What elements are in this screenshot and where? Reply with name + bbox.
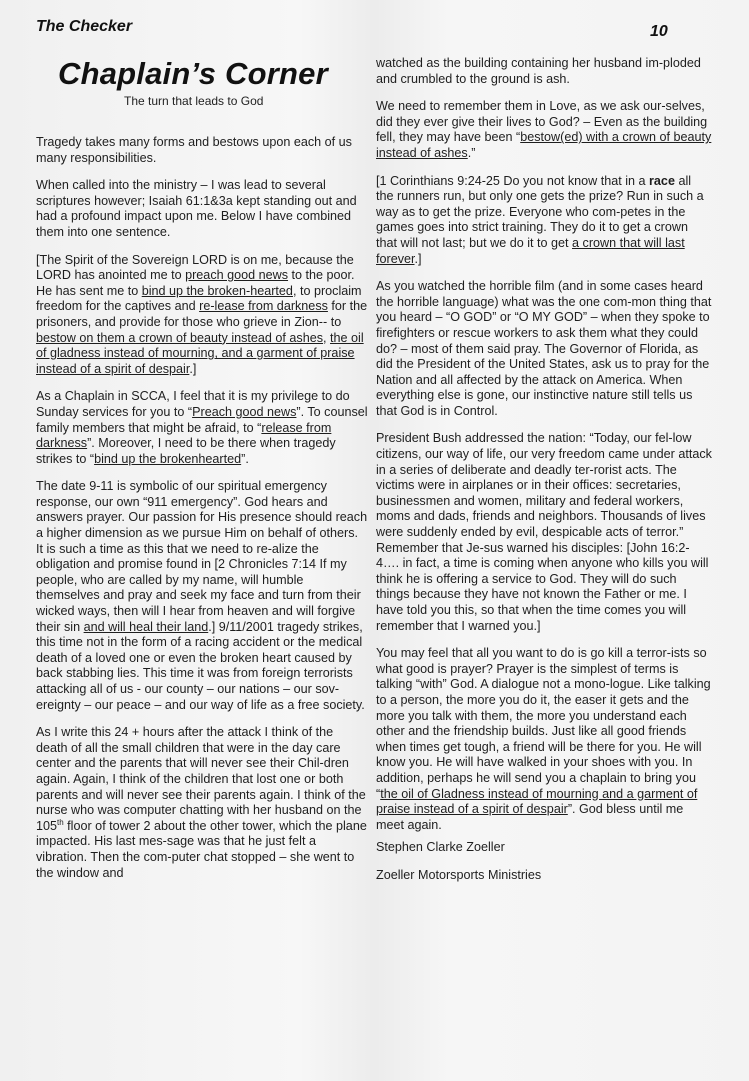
- paragraph: You may feel that all you want to do is …: [376, 646, 712, 833]
- right-column: watched as the building containing her h…: [376, 56, 712, 845]
- text-run: Tragedy takes many forms and bestows upo…: [36, 135, 352, 165]
- paragraph: The date 9-11 is symbolic of our spiritu…: [36, 479, 368, 713]
- text-run: As I write this 24 + hours after the att…: [36, 725, 366, 833]
- paragraph: We need to remember them in Love, as we …: [376, 99, 712, 161]
- text-run: When called into the ministry – I was le…: [36, 178, 357, 239]
- text-run: As you watched the horrible film (and in…: [376, 279, 711, 418]
- underlined-scripture: bind up the brokenhearted: [94, 452, 241, 466]
- publication-name: The Checker: [36, 18, 132, 36]
- paragraph: As you watched the horrible film (and in…: [376, 279, 712, 419]
- text-run: President Bush addressed the nation: “To…: [376, 431, 712, 632]
- underlined-scripture: and will heal their land: [84, 620, 209, 634]
- underlined-scripture: re-lease from darkness: [199, 299, 328, 313]
- text-run: .”: [468, 146, 476, 160]
- text-run: .]: [189, 362, 196, 376]
- newsletter-page: The Checker 10 Chaplain’s Corner The tur…: [0, 0, 749, 1081]
- paragraph: As a Chaplain in SCCA, I feel that it is…: [36, 389, 368, 467]
- signature-organization: Zoeller Motorsports Ministries: [376, 868, 712, 884]
- underlined-scripture: bind up the broken-hearted: [142, 284, 293, 298]
- article-title: Chaplain’s Corner: [58, 56, 328, 92]
- bold-text: race: [649, 174, 675, 188]
- paragraph: [The Spirit of the Sovereign LORD is on …: [36, 253, 368, 378]
- text-run: ”.: [241, 452, 249, 466]
- paragraph: President Bush addressed the nation: “To…: [376, 431, 712, 634]
- text-run: watched as the building containing her h…: [376, 56, 701, 86]
- paragraph: [1 Corinthians 9:24-25 Do you not know t…: [376, 174, 712, 268]
- article-subtitle: The turn that leads to God: [124, 94, 263, 108]
- underlined-scripture: preach good news: [185, 268, 288, 282]
- signature-block: Stephen Clarke Zoeller Zoeller Motorspor…: [376, 840, 712, 895]
- paragraph: Tragedy takes many forms and bestows upo…: [36, 135, 368, 166]
- paragraph: watched as the building containing her h…: [376, 56, 712, 87]
- paragraph: When called into the ministry – I was le…: [36, 178, 368, 240]
- text-run: [1 Corinthians 9:24-25 Do you not know t…: [376, 174, 649, 188]
- text-run: The date 9-11 is symbolic of our spiritu…: [36, 479, 367, 633]
- text-run: ,: [323, 331, 330, 345]
- text-run: You may feel that all you want to do is …: [376, 646, 711, 800]
- text-run: floor of tower 2 about the other tower, …: [36, 819, 367, 880]
- text-run: .]: [415, 252, 422, 266]
- text-run: th: [57, 818, 64, 827]
- underlined-scripture: bestow on them a crown of beauty instead…: [36, 331, 323, 345]
- paragraph: As I write this 24 + hours after the att…: [36, 725, 368, 881]
- left-column: Tragedy takes many forms and bestows upo…: [36, 135, 368, 893]
- underlined-scripture: Preach good news: [192, 405, 296, 419]
- signature-name: Stephen Clarke Zoeller: [376, 840, 712, 856]
- page-number: 10: [650, 23, 668, 41]
